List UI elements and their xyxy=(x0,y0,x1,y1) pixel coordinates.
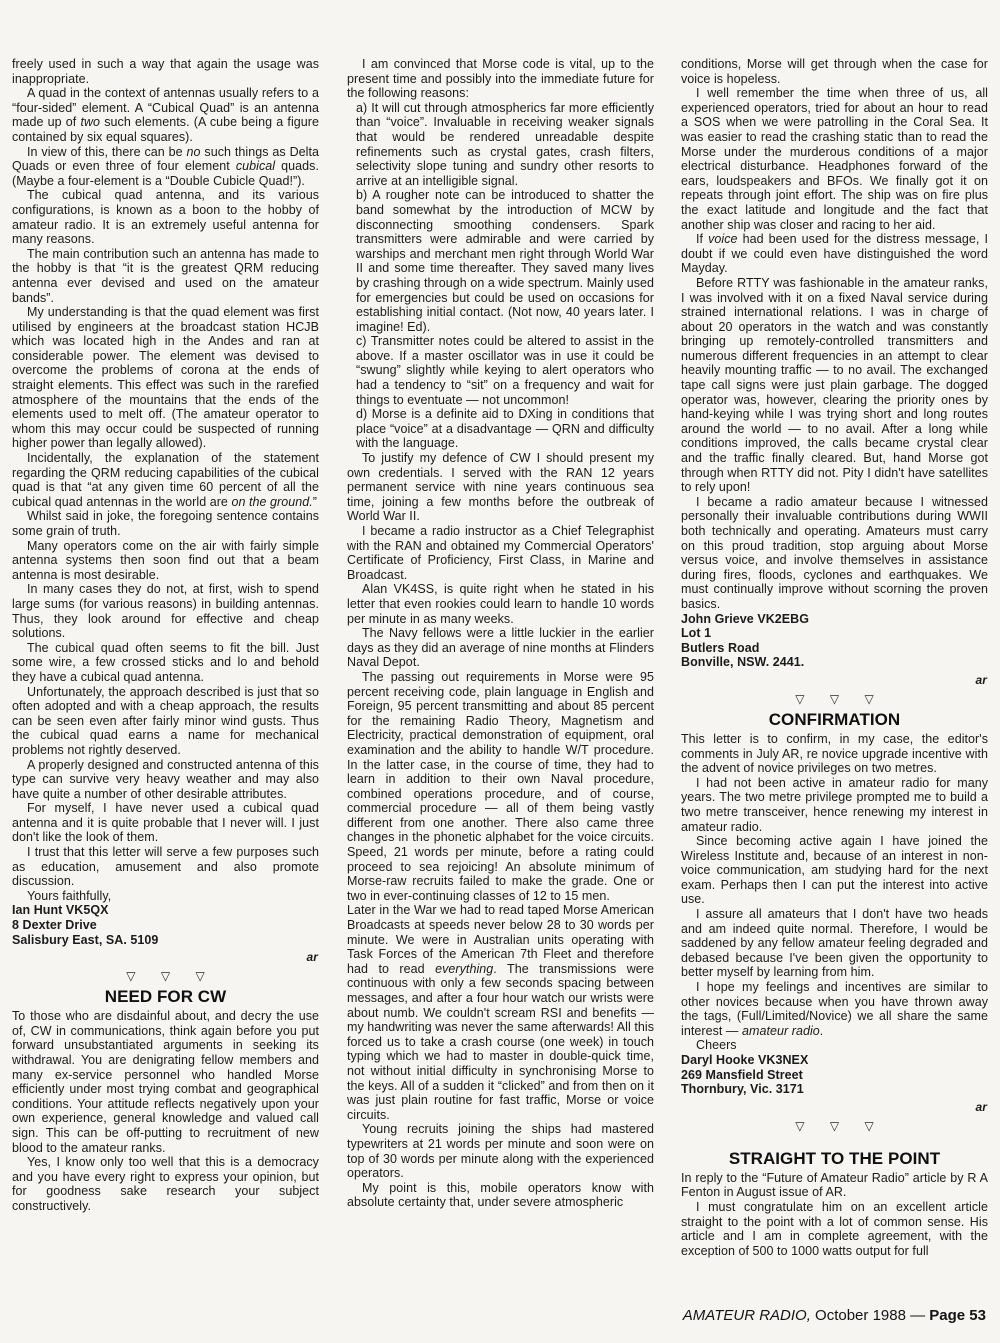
paragraph: Before RTTY was fashionable in the amate… xyxy=(681,276,988,495)
paragraph: The Navy fellows were a little luckier i… xyxy=(347,626,654,670)
paragraph: The cubical quad antenna, and its variou… xyxy=(12,188,319,246)
signature-line: 8 Dexter Drive xyxy=(12,918,319,933)
paragraph: I assure all amateurs that I don't have … xyxy=(681,907,988,980)
paragraph: The main contribution such an antenna ha… xyxy=(12,247,319,305)
signature-line: Lot 1 xyxy=(681,626,988,641)
end-of-letter-marker: ar xyxy=(681,674,987,687)
paragraph: Many operators come on the air with fair… xyxy=(12,539,319,583)
letter-title: NEED FOR CW xyxy=(12,987,319,1006)
magazine-name: AMATEUR RADIO, xyxy=(683,1307,811,1324)
paragraph: I must congratulate him on an excellent … xyxy=(681,1200,988,1258)
letter-separator-triangles: ▽ ▽ ▽ xyxy=(681,1119,988,1133)
paragraph: freely used in such a way that again the… xyxy=(12,57,319,86)
paragraph: Alan VK4SS, is quite right when he state… xyxy=(347,582,654,626)
paragraph: I trust that this letter will serve a fe… xyxy=(12,845,319,889)
letter-title: CONFIRMATION xyxy=(681,710,988,729)
page-number: Page 53 xyxy=(929,1307,986,1324)
list-item: d) Morse is a definite aid to DXing in c… xyxy=(347,407,654,451)
signature-block: Daryl Hooke VK3NEX269 Mansfield StreetTh… xyxy=(681,1053,988,1097)
signature-line: Bonville, NSW. 2441. xyxy=(681,655,988,670)
signature-line: Salisbury East, SA. 5109 xyxy=(12,933,319,948)
signature-line: Thornbury, Vic. 3171 xyxy=(681,1082,988,1097)
signature-line: Ian Hunt VK5QX xyxy=(12,903,319,918)
paragraph: If voice had been used for the distress … xyxy=(681,232,988,276)
paragraph: Young recruits joining the ships had mas… xyxy=(347,1122,654,1180)
letter-separator-triangles: ▽ ▽ ▽ xyxy=(12,969,319,983)
signature-line: Butlers Road xyxy=(681,641,988,656)
paragraph: A quad in the context of antennas usuall… xyxy=(12,86,319,144)
paragraph: Whilst said in joke, the foregoing sente… xyxy=(12,509,319,538)
paragraph: Cheers xyxy=(681,1038,988,1053)
paragraph: I hope my feelings and incentives are si… xyxy=(681,980,988,1038)
paragraph: Unfortunately, the approach described is… xyxy=(12,685,319,758)
signature-line: 269 Mansfield Street xyxy=(681,1068,988,1083)
paragraph: To justify my defence of CW I should pre… xyxy=(347,451,654,524)
paragraph: I had not been active in amateur radio f… xyxy=(681,776,988,834)
letter-separator-triangles: ▽ ▽ ▽ xyxy=(681,692,988,706)
paragraph: To those who are disdainful about, and d… xyxy=(12,1009,319,1155)
column-left: freely used in such a way that again the… xyxy=(12,57,319,1343)
signature-line: John Grieve VK2EBG xyxy=(681,612,988,627)
paragraph: In view of this, there can be no such th… xyxy=(12,145,319,189)
paragraph: I became a radio instructor as a Chief T… xyxy=(347,524,654,582)
paragraph: I well remember the time when three of u… xyxy=(681,86,988,232)
paragraph: I am convinced that Morse code is vital,… xyxy=(347,57,654,101)
list-item: a) It will cut through atmospherics far … xyxy=(347,101,654,189)
page-scan: freely used in such a way that again the… xyxy=(0,0,1000,1343)
page-footer: AMATEUR RADIO, October 1988 — Page 53 xyxy=(680,1307,986,1324)
paragraph: Yes, I know only too well that this is a… xyxy=(12,1155,319,1213)
paragraph: Later in the War we had to read taped Mo… xyxy=(347,903,654,1122)
paragraph: In reply to the “Future of Amateur Radio… xyxy=(681,1171,988,1200)
signature-line: Daryl Hooke VK3NEX xyxy=(681,1053,988,1068)
magazine-page: { "page_title": "Amateur Radio magazine … xyxy=(0,0,1000,1343)
column-right: conditions, Morse will get through when … xyxy=(681,57,988,1343)
list-item: c) Transmitter notes could be altered to… xyxy=(347,334,654,407)
paragraph: The cubical quad often seems to fit the … xyxy=(12,641,319,685)
paragraph: I became a radio amateur because I witne… xyxy=(681,495,988,612)
signature-block: John Grieve VK2EBGLot 1Butlers RoadBonvi… xyxy=(681,612,988,670)
column-middle: I am convinced that Morse code is vital,… xyxy=(347,57,654,1343)
paragraph: Yours faithfully, xyxy=(12,889,319,904)
letter-title: STRAIGHT TO THE POINT xyxy=(681,1149,988,1168)
signature-block: Ian Hunt VK5QX8 Dexter DriveSalisbury Ea… xyxy=(12,903,319,947)
paragraph: Incidentally, the explanation of the sta… xyxy=(12,451,319,509)
end-of-letter-marker: ar xyxy=(681,1101,987,1114)
paragraph: In many cases they do not, at first, wis… xyxy=(12,582,319,640)
end-of-letter-marker: ar xyxy=(12,951,318,964)
paragraph: My understanding is that the quad elemen… xyxy=(12,305,319,451)
paragraph: conditions, Morse will get through when … xyxy=(681,57,988,86)
paragraph: For myself, I have never used a cubical … xyxy=(12,801,319,845)
paragraph: Since becoming active again I have joine… xyxy=(681,834,988,907)
paragraph: A properly designed and constructed ante… xyxy=(12,758,319,802)
issue-date: October 1988 — xyxy=(811,1307,929,1324)
paragraph: My point is this, mobile operators know … xyxy=(347,1181,654,1210)
paragraph: This letter is to confirm, in my case, t… xyxy=(681,732,988,776)
list-item: b) A rougher note can be introduced to s… xyxy=(347,188,654,334)
paragraph: The passing out requirements in Morse we… xyxy=(347,670,654,904)
